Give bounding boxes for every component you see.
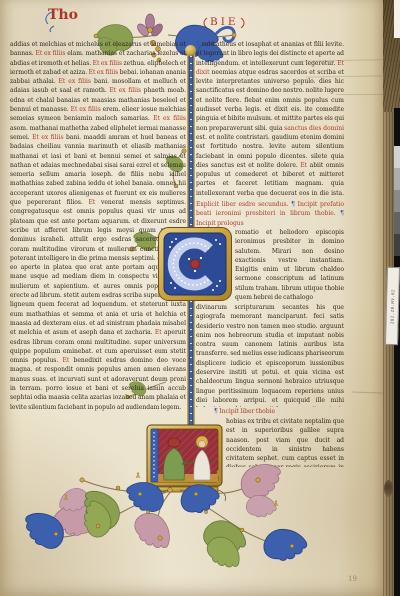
gold-ball <box>185 45 196 56</box>
folio-number: 19 <box>348 575 357 583</box>
grey-scale-step <box>394 146 400 168</box>
grey-scale-step <box>394 168 400 190</box>
pink-acanthus <box>50 464 286 556</box>
manuscript-page-photo: Tho BIE <box>0 0 400 596</box>
prologue-text: divinarum scripturarum secantes his que … <box>196 303 344 407</box>
blue-filigree-icon <box>42 8 60 32</box>
tobit-opening-text: hobias ex tribu et civitate neptalim que… <box>226 417 344 467</box>
grey-scale-step <box>394 190 400 212</box>
bottom-floral-spray <box>20 464 320 576</box>
red-hood <box>168 438 180 447</box>
edge-label-text: Z02.Z0.MV.02 <box>390 288 396 323</box>
white-background-corner <box>394 0 400 38</box>
fore-edge-knot <box>384 480 393 497</box>
edge-label: Z02.Z0.MV.02 <box>385 267 400 345</box>
purple-flower <box>135 14 164 38</box>
illuminated-initial-c <box>158 227 232 301</box>
prologue-text-beside-initial: romatio et heliodoro episcopis ieronimus… <box>235 228 344 303</box>
incipit-liber-thobie: ¶ Incipit liber thobie <box>214 407 344 417</box>
grey-scale-step <box>394 212 400 234</box>
rubric-explicit-incipit: Explicit liber esdre secundus. ¶ Incipit… <box>196 200 344 228</box>
grey-scale-step <box>394 234 400 256</box>
right-text-column-upper: ¶ sabbatheus et iosaphat et ananias et f… <box>196 40 344 200</box>
